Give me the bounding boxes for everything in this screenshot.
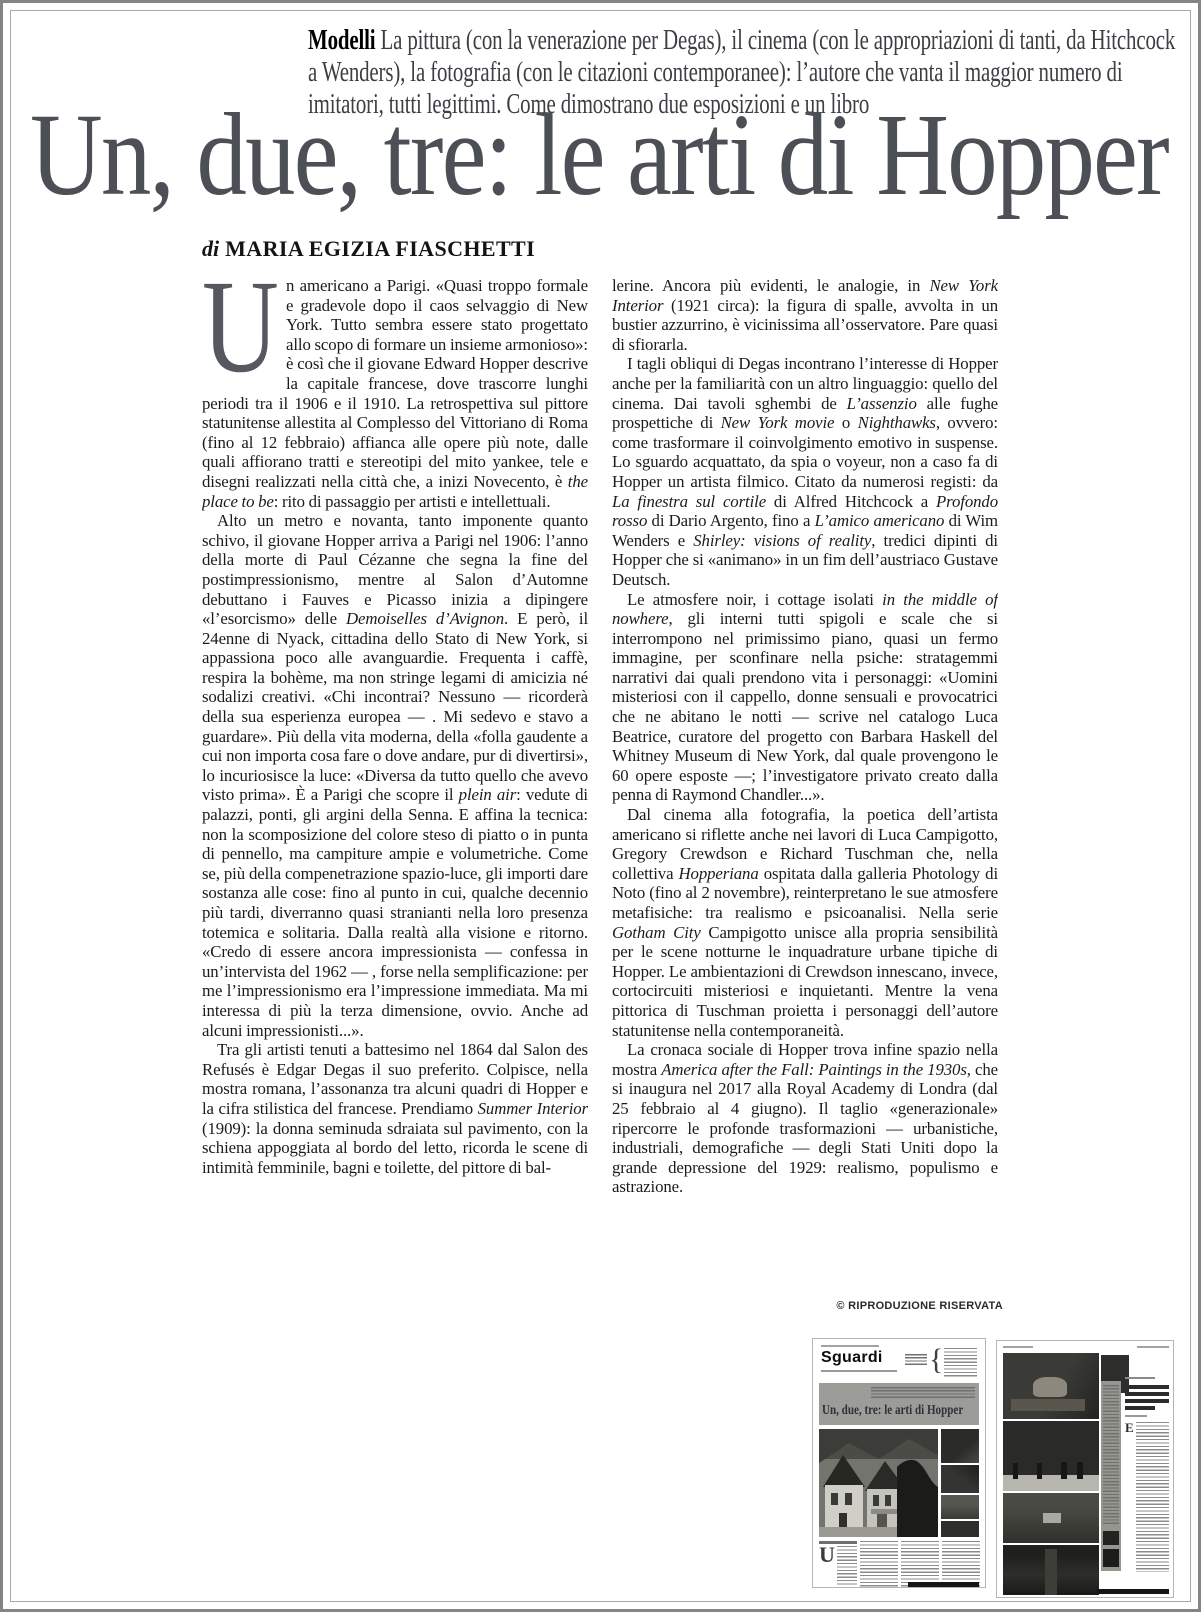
article-body: Un americano a Parigi. «Quasi troppo for…	[202, 276, 998, 1197]
thumb1-masthead: Sguardi	[821, 1349, 883, 1367]
thumb2-kicker-bar	[1125, 1377, 1155, 1379]
thumb2-running-head-left	[1003, 1346, 1033, 1348]
copyright-notice: © RIPRODUZIONE RISERVATA	[836, 1300, 1003, 1312]
thumb1-promo-text	[905, 1354, 927, 1366]
thumb2-text-block: E	[1125, 1422, 1169, 1572]
thumb1-text-col-4	[942, 1541, 980, 1587]
thumb2-right-column: E	[1125, 1377, 1169, 1587]
thumb2-headline-line-4	[1125, 1406, 1155, 1410]
thumb1-side-image-3	[941, 1495, 979, 1519]
thumb1-text-col-3	[901, 1541, 939, 1587]
page-thumbnail-1: Sguardi { Un, due, tre: le arti di Hoppe…	[812, 1338, 986, 1588]
thumb1-brace-glyph: {	[929, 1345, 943, 1375]
thumb1-headline: Un, due, tre: le arti di Hopper	[822, 1402, 963, 1418]
article-drop-cap: U	[202, 278, 263, 375]
thumb2-running-head-right	[1137, 1346, 1169, 1348]
thumb2-middle-image-2	[1103, 1549, 1119, 1567]
article-column-2: lerine. Ancora più evidenti, le analogie…	[612, 276, 998, 1197]
thumb1-text-col-2	[860, 1541, 898, 1587]
thumb1-dateline	[821, 1345, 879, 1347]
newspaper-page: Modelli La pittura (con la venerazione p…	[0, 0, 1201, 1612]
thumb2-middle-text	[1103, 1385, 1119, 1525]
thumb2-middle-column	[1101, 1381, 1121, 1571]
thumb1-side-image-1	[941, 1429, 979, 1463]
thumb1-side-images	[941, 1429, 979, 1537]
thumb1-drop-cap: U	[819, 1546, 835, 1564]
thumb2-headline-line-3	[1125, 1399, 1169, 1403]
article-paragraph: I tagli obliqui di Degas incontrano l’in…	[612, 354, 998, 589]
thumb2-middle-image-1	[1103, 1531, 1119, 1545]
article-column-1: Un americano a Parigi. «Quasi troppo for…	[202, 276, 588, 1197]
thumb2-image-1-bed	[1011, 1399, 1085, 1411]
article-paragraph: Le atmosfere noir, i cottage isolati in …	[612, 590, 998, 806]
thumb1-text-col-1: U	[819, 1541, 857, 1587]
thumb2-image-2	[1003, 1421, 1099, 1491]
standfirst-kicker: Modelli	[308, 24, 375, 56]
article-paragraph: La cronaca sociale di Hopper trova infin…	[612, 1040, 998, 1197]
article-paragraph: lerine. Ancora più evidenti, le analogie…	[612, 276, 998, 354]
byline: diMARIA EGIZIA FIASCHETTI	[202, 236, 535, 262]
thumb1-banner-standfirst	[871, 1387, 975, 1398]
thumb2-headline-line-1	[1125, 1385, 1169, 1389]
thumb2-headline-line-2	[1125, 1392, 1169, 1396]
article-paragraph: Un americano a Parigi. «Quasi troppo for…	[202, 276, 588, 511]
thumb2-image-1-figure	[1033, 1377, 1067, 1397]
thumb1-headline-banner: Un, due, tre: le arti di Hopper	[819, 1383, 979, 1425]
hopper-houses-painting	[819, 1429, 938, 1537]
thumb1-text-columns: U	[819, 1541, 980, 1587]
thumb1-caption-bar	[908, 1582, 979, 1587]
thumb1-main-image	[819, 1429, 938, 1537]
byline-prefix: di	[202, 236, 219, 261]
article-paragraph: Alto un metro e novanta, tanto imponente…	[202, 511, 588, 1040]
thumb2-image-4	[1003, 1545, 1099, 1595]
thumb2-image-3	[1003, 1493, 1099, 1543]
article-paragraph: Tra gli artisti tenuti a battesimo nel 1…	[202, 1040, 588, 1177]
page-thumbnail-2: E	[996, 1340, 1174, 1598]
headline-text: Un, due, tre: le arti di Hopper	[30, 96, 1168, 214]
thumb1-masthead-subline	[821, 1370, 897, 1372]
article-paragraph: Dal cinema alla fotografia, la poetica d…	[612, 805, 998, 1040]
byline-author: MARIA EGIZIA FIASCHETTI	[225, 236, 535, 261]
thumb2-byline-bar	[1125, 1415, 1147, 1417]
headline: Un, due, tre: le arti di Hopper	[30, 96, 1170, 221]
thumb2-image-1	[1003, 1353, 1099, 1419]
thumb1-side-image-4	[941, 1521, 979, 1537]
thumb2-drop-cap: E	[1125, 1422, 1134, 1433]
thumb1-side-image-2	[941, 1465, 979, 1493]
thumb2-caption-bar	[1097, 1589, 1169, 1594]
thumb1-promo-block	[944, 1348, 977, 1378]
